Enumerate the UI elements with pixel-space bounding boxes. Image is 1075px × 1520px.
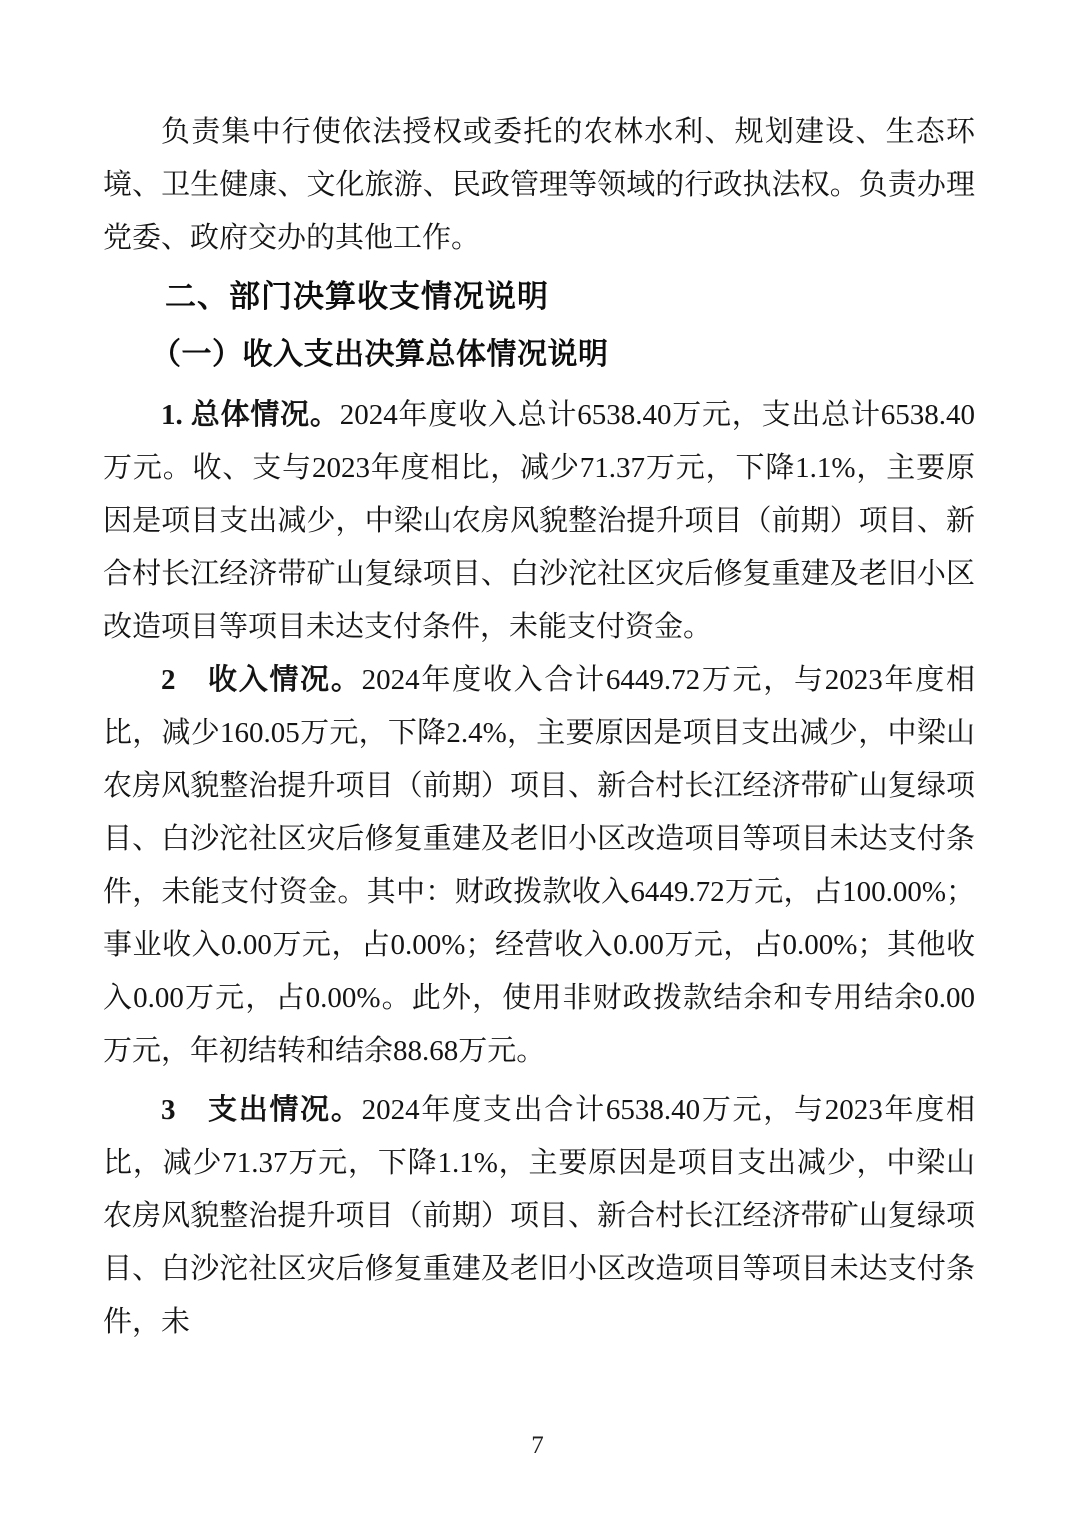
paragraph-expenditure-lead: 3 支出情况。 xyxy=(161,1094,362,1126)
paragraph-overall-situation: 1. 总体情况。2024年度收入总计6538.40万元，支出总计6538.40万… xyxy=(103,389,975,654)
paragraph-overall-text: 2024年度收入总计6538.40万元，支出总计6538.40万元。收、支与20… xyxy=(103,399,975,643)
paragraph-overall-lead: 1. 总体情况。 xyxy=(161,399,340,431)
paragraph-income-text: 2024年度收入合计6449.72万元，与2023年度相比，减少160.05万元… xyxy=(103,664,975,1067)
subsection-heading: （一）收入支出决算总体情况说明 xyxy=(103,328,975,381)
paragraph-expenditure-text: 2024年度支出合计6538.40万元，与2023年度相比，减少71.37万元，… xyxy=(103,1094,975,1338)
document-page: 负责集中行使依法授权或委托的农林水利、规划建设、生态环境、卫生健康、文化旅游、民… xyxy=(0,0,1075,1520)
paragraph-expenditure-situation: 3 支出情况。2024年度支出合计6538.40万元，与2023年度相比，减少7… xyxy=(103,1084,975,1349)
paragraph-income-situation: 2 收入情况。2024年度收入合计6449.72万元，与2023年度相比，减少1… xyxy=(103,654,975,1078)
section-heading: 二、部门决算收支情况说明 xyxy=(103,270,975,323)
paragraph-income-lead: 2 收入情况。 xyxy=(161,664,362,696)
intro-paragraph: 负责集中行使依法授权或委托的农林水利、规划建设、生态环境、卫生健康、文化旅游、民… xyxy=(103,106,975,265)
document-content: 负责集中行使依法授权或委托的农林水利、规划建设、生态环境、卫生健康、文化旅游、民… xyxy=(0,0,1075,1349)
page-number: 7 xyxy=(0,1432,1075,1460)
